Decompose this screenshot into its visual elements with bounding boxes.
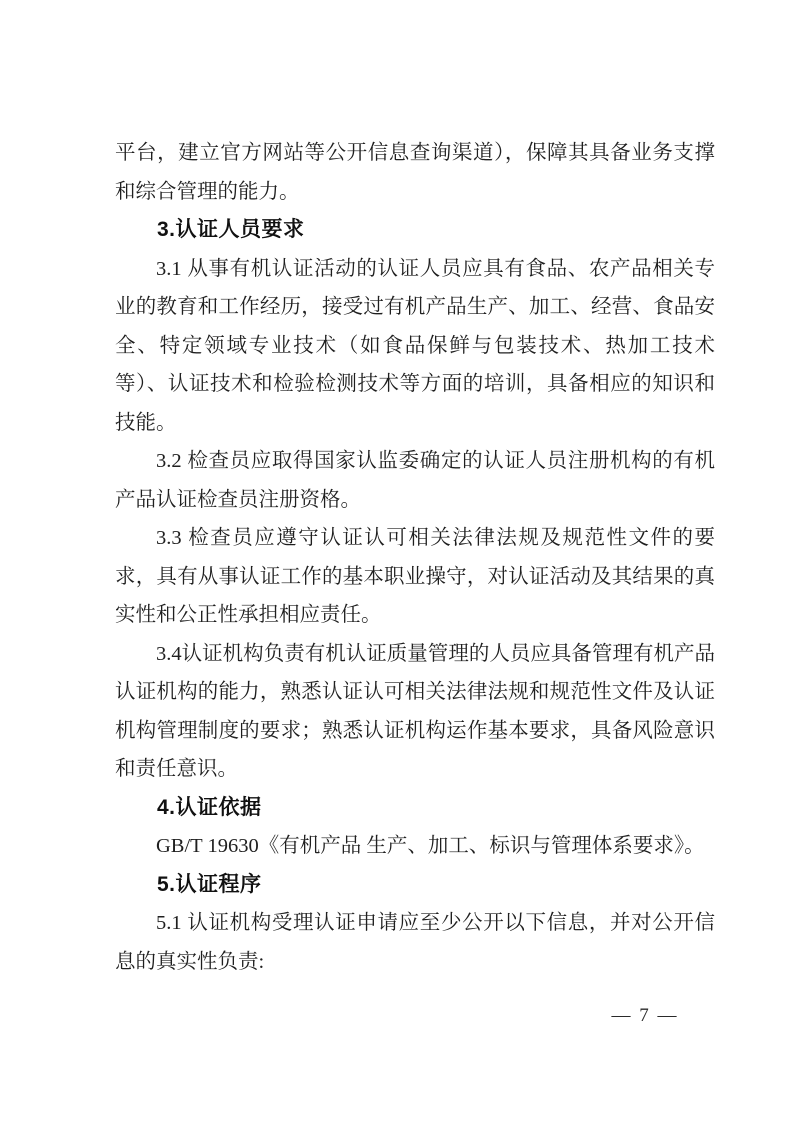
- section-heading-3: 3.认证人员要求: [115, 211, 715, 250]
- paragraph-3-1: 3.1 从事有机认证活动的认证人员应具有食品、农产品相关专业的教育和工作经历，接…: [115, 250, 715, 443]
- paragraph-continued: 平台，建立官方网站等公开信息查询渠道），保障其具备业务支撑和综合管理的能力。: [115, 134, 715, 211]
- page-number: — 7 —: [600, 1005, 690, 1027]
- paragraph-5-1: 5.1 认证机构受理认证申请应至少公开以下信息，并对公开信息的真实性负责:: [115, 904, 715, 981]
- paragraph-3-2: 3.2 检查员应取得国家认监委确定的认证人员注册机构的有机产品认证检查员注册资格…: [115, 442, 715, 519]
- paragraph-3-4: 3.4认证机构负责有机认证质量管理的人员应具备管理有机产品认证机构的能力，熟悉认…: [115, 635, 715, 789]
- section-heading-4: 4.认证依据: [115, 789, 715, 828]
- document-body: 平台，建立官方网站等公开信息查询渠道），保障其具备业务支撑和综合管理的能力。 3…: [115, 134, 715, 981]
- document-page: 平台，建立官方网站等公开信息查询渠道），保障其具备业务支撑和综合管理的能力。 3…: [0, 0, 794, 1123]
- paragraph-3-3: 3.3 检查员应遵守认证认可相关法律法规及规范性文件的要求，具有从事认证工作的基…: [115, 519, 715, 635]
- standard-reference: GB/T 19630《有机产品 生产、加工、标识与管理体系要求》。: [115, 827, 715, 866]
- section-heading-5: 5.认证程序: [115, 866, 715, 905]
